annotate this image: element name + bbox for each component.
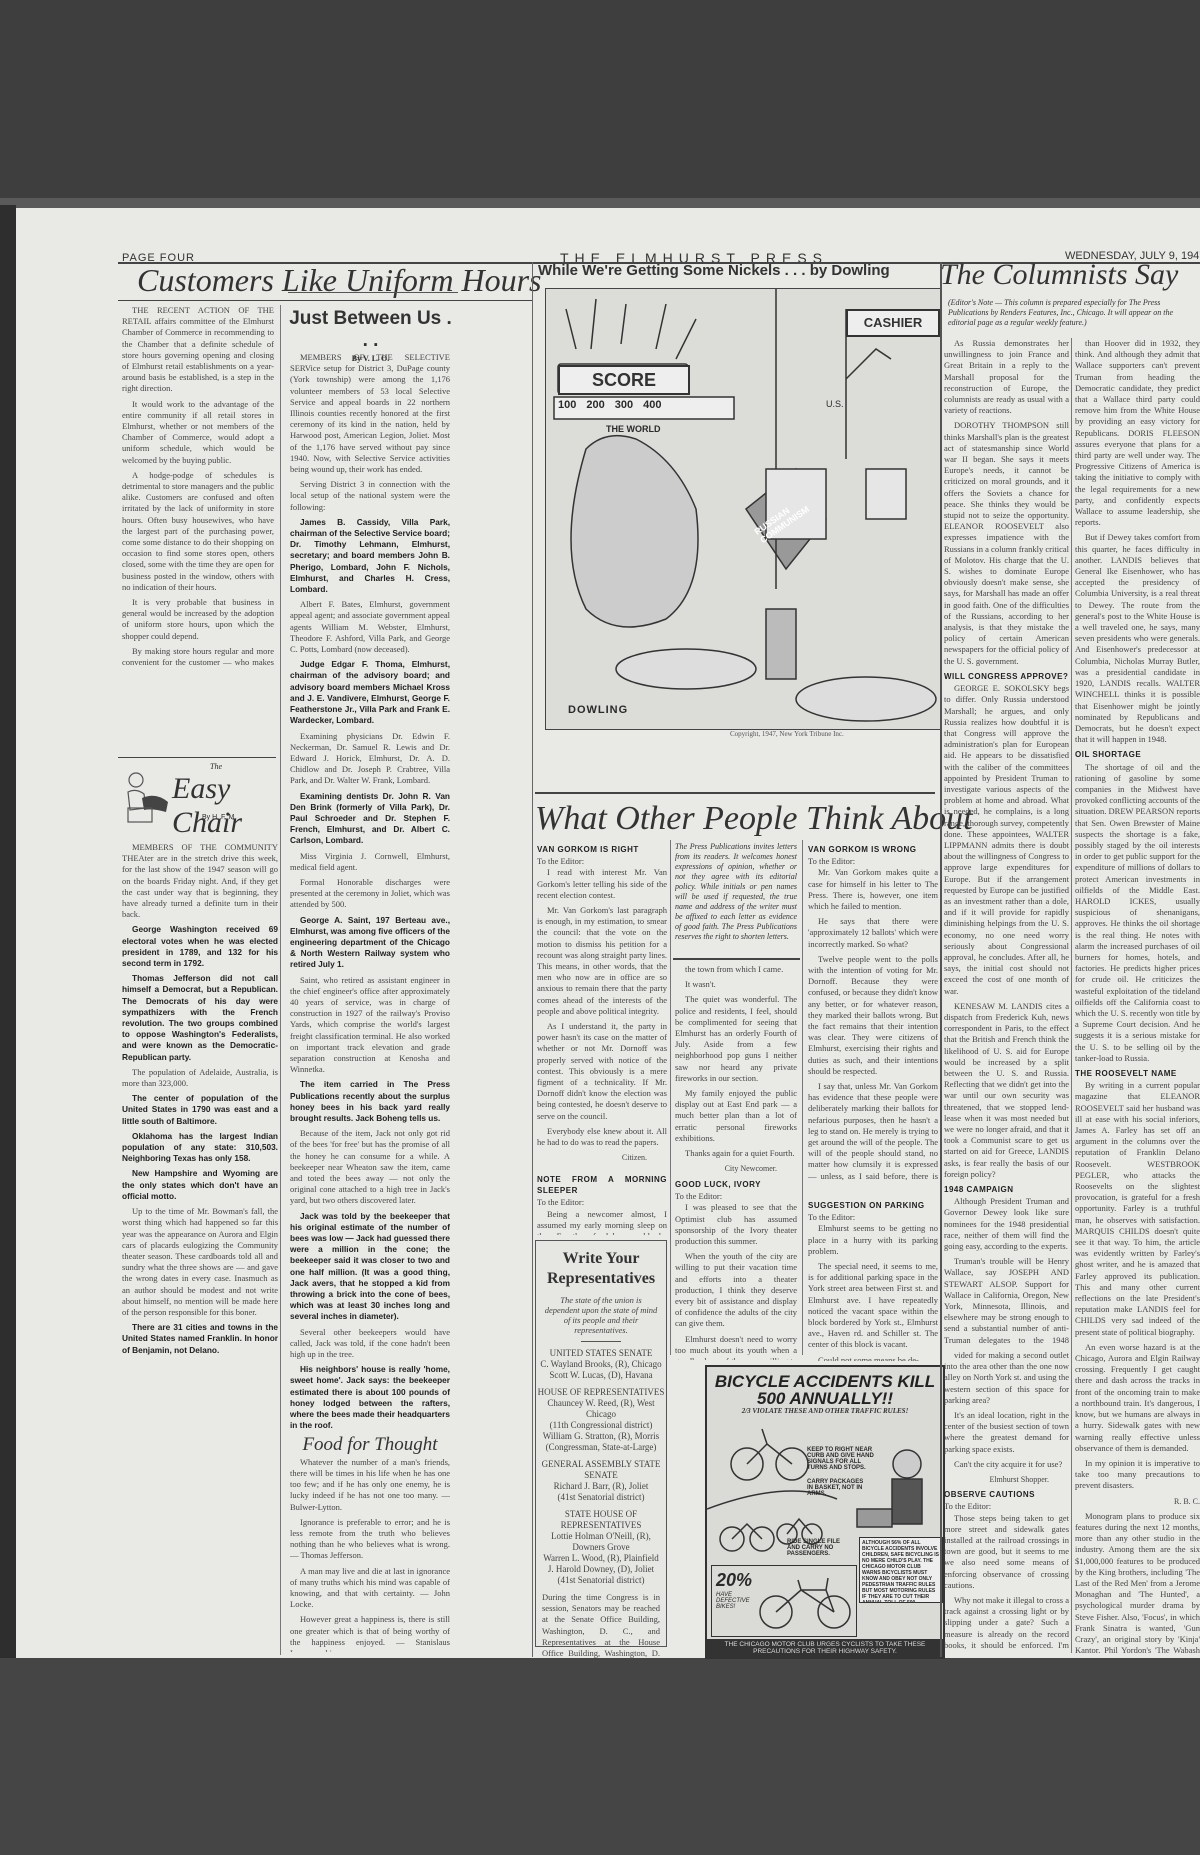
ad-footer: THE CHICAGO MOTOR CLUB URGES CYCLISTS TO… — [707, 1639, 943, 1657]
rep-group: GENERAL ASSEMBLY STATE SENATE Richard J.… — [536, 1459, 666, 1503]
food-for-thought-title: Food for Thought — [290, 1439, 450, 1450]
letter-paragraph: He says that there were 'approximately 1… — [808, 916, 938, 950]
jbu-paragraph: Because of the item, Jack not only got r… — [290, 1128, 450, 1206]
letter-paragraph: Could not some means be de- — [808, 1355, 938, 1361]
letter-salutation: To the Editor: — [808, 856, 938, 867]
letters-editors-note: The Press Publications invites letters f… — [675, 842, 797, 954]
easy-chair-bold-fact: The center of population of the United S… — [122, 1093, 278, 1127]
rep-member: (Congressman, State-at-Large) — [536, 1442, 666, 1453]
columnist-subhead: WILL CONGRESS APPROVE? — [944, 671, 1069, 682]
columnist-signature: R. B. C. — [1075, 1496, 1200, 1507]
jbu-paragraph: Serving District 3 in connection with th… — [290, 479, 450, 513]
columnist-paragraph: In my opinion it is imperative to take t… — [1075, 1458, 1200, 1492]
editorial-paragraph: It is very probable that business in gen… — [122, 597, 274, 642]
letter-headline: GOOD LUCK, IVORY — [675, 1179, 797, 1190]
easy-chair-bold-fact: New Hampshire and Wyoming are the only s… — [122, 1168, 278, 1202]
columnist-paragraph: Truman's trouble will be Henry Wallace, … — [944, 1256, 1069, 1348]
jbu-bold-paragraph: James B. Cassidy, Villa Park, chairman o… — [290, 517, 450, 595]
cartoon-illustration — [546, 289, 941, 729]
rep-member: (41st Senatorial district) — [536, 1575, 666, 1586]
easy-chair-title: Easy Chair — [172, 772, 278, 837]
letter-paragraph: Mr. Van Gorkom's last paragraph is enoug… — [537, 905, 667, 1017]
letter-paragraph: Elmhurst doesn't need to worry too much … — [675, 1334, 797, 1360]
letter-salutation: To the Editor: — [537, 856, 667, 867]
easy-chair-paragraph: Up to the time of Mr. Bowman's fall, the… — [122, 1206, 278, 1318]
rep-member: Chauncey W. Reed, (R), West Chicago — [536, 1398, 666, 1420]
rep-member: C. Wayland Brooks, (R), Chicago — [536, 1359, 666, 1370]
column-rule — [802, 840, 803, 1355]
bicycle-diagram-icon — [756, 1572, 856, 1632]
columnist-paragraph: GEORGE E. SOKOLSKY begs to differ. Only … — [944, 683, 1069, 997]
jbu-bold-paragraph: The item carried in The Press Publicatio… — [290, 1079, 450, 1124]
letter-salutation: To the Editor: — [537, 1197, 667, 1208]
ad-headline: BICYCLE ACCIDENTS KILL 500 ANNUALLY!! — [707, 1373, 943, 1407]
cartoonist-signature: DOWLING — [568, 704, 628, 716]
letter-paragraph: Mr. Van Gorkom makes quite a case for hi… — [808, 867, 938, 912]
columnists-column-2: than Hoover did in 1932, they think. And… — [1075, 338, 1200, 1653]
editorial-cartoon: SCORE 100 200 300 400 CASHIER THE WORLD … — [545, 288, 942, 730]
letter-headline: SUGGESTION ON PARKING — [808, 1200, 938, 1211]
ad-statistic: ALTHOUGH 56% OF ALL BICYCLE ACCIDENTS IN… — [859, 1537, 943, 1603]
columnist-paragraph: DOROTHY THOMPSON still thinks Marshall's… — [944, 420, 1069, 666]
letter-paragraph: When the youth of the city are willing t… — [675, 1251, 797, 1329]
letter-city-newcomer: the town from which I came. It wasn't. T… — [675, 964, 797, 1174]
columnist-paragraph: But if Dewey takes comfort from this qua… — [1075, 532, 1200, 745]
scanner-background-bottom — [0, 1658, 1200, 1855]
score-denominations: 100 200 300 400 — [558, 399, 661, 411]
columnist-paragraph: By writing in a current popular magazine… — [1075, 1080, 1200, 1338]
columnist-subhead: OIL SHORTAGE — [1075, 749, 1200, 760]
jbu-box-top — [288, 292, 458, 294]
letter-signature: Elmhurst Shopper. — [944, 1474, 1049, 1485]
letter-paragraph: the town from which I came. — [675, 964, 797, 975]
food-quote: Whatever the number of a man's friends, … — [290, 1457, 450, 1513]
rep-group: HOUSE OF REPRESENTATIVES Chauncey W. Ree… — [536, 1387, 666, 1453]
ad-tip: CARRY PACKAGES IN BASKET, NOT IN ARMS. — [807, 1479, 867, 1497]
armchair-reader-icon — [122, 768, 172, 828]
letter-signature: Citizen. — [537, 1152, 647, 1163]
letter-salutation: To the Editor: — [675, 1191, 797, 1202]
column-rule — [670, 840, 671, 1355]
letter-headline: NOTE FROM A MORNING SLEEPER — [537, 1174, 667, 1196]
editorial-paragraph: THE RECENT ACTION OF THE RETAIL affairs … — [122, 305, 274, 395]
rep-member: J. Harold Downey, (D), Joliet — [536, 1564, 666, 1575]
rep-member: William G. Stratton, (R), Morris — [536, 1431, 666, 1442]
write-representatives-footer: During the time Congress is in session, … — [542, 1592, 660, 1670]
letters-section-title: What Other People Think About — [535, 800, 973, 838]
letter-paragraph: vided for making a second outlet into th… — [944, 1350, 1069, 1406]
letter-salutation: To the Editor: — [808, 1212, 938, 1223]
editorial-paragraph: It would work to the advantage of the en… — [122, 399, 274, 466]
jbu-paragraph: Saint, who retired as assistant engineer… — [290, 975, 450, 1076]
denomination: 400 — [643, 399, 661, 411]
easy-chair-bold-fact: Oklahoma has the largest Indian populati… — [122, 1131, 278, 1165]
letter-paragraph: Twelve people went to the polls with the… — [808, 954, 938, 1077]
defect-percent: 20% — [716, 1570, 752, 1591]
editorial-paragraph: By making store hours regular and more c… — [122, 646, 274, 665]
jbu-bold-paragraph: Examining dentists Dr. John R. Van Den B… — [290, 791, 450, 847]
easy-chair-header: The Easy Chair By H. F. M. — [122, 762, 278, 837]
columnist-paragraph: than Hoover did in 1932, they think. And… — [1075, 338, 1200, 528]
letter-paragraph: It wasn't. — [675, 979, 797, 990]
scanner-background-top — [0, 0, 1200, 205]
letter-paragraph: As I understand it, the party in power h… — [537, 1021, 667, 1122]
rep-group: UNITED STATES SENATE C. Wayland Brooks, … — [536, 1348, 666, 1381]
column-rule — [1071, 338, 1072, 1653]
jbu-bold-paragraph: Jack was told by the beekeeper that his … — [290, 1211, 450, 1323]
column-rule — [940, 262, 942, 1657]
editorial-column: THE RECENT ACTION OF THE RETAIL affairs … — [122, 305, 274, 665]
rep-group-heading: GENERAL ASSEMBLY STATE SENATE — [536, 1459, 666, 1481]
columnist-paragraph: As Russia demonstrates her unwillingness… — [944, 338, 1069, 416]
jbu-paragraph: Formal Honorable discharges were present… — [290, 877, 450, 911]
letter-paragraph: It's an ideal location, right in the cen… — [944, 1410, 1069, 1455]
letter-paragraph: Those steps being taken to get more stre… — [944, 1513, 1069, 1591]
easy-chair-bold-fact: There are 31 cities and towns in the Uni… — [122, 1322, 278, 1356]
jbu-bold-paragraph: Judge Edgar F. Thoma, Elmhurst, chairman… — [290, 659, 450, 726]
rep-member: Lottie Holman O'Neill, (R), Downers Grov… — [536, 1531, 666, 1553]
cartoon-credit: Copyright, 1947, New York Tribune Inc. — [730, 730, 844, 738]
rep-member: (11th Congressional district) — [536, 1420, 666, 1431]
letter-headline: VAN GORKOM IS WRONG — [808, 844, 938, 855]
letter-good-luck-ivory: GOOD LUCK, IVORY To the Editor: I was pl… — [675, 1175, 797, 1360]
columnist-paragraph: An even worse hazard is at the Chicago, … — [1075, 1342, 1200, 1454]
columnist-paragraph: Monogram plans to produce six features d… — [1075, 1511, 1200, 1653]
jbu-paragraph: Several other beekeepers would have call… — [290, 1327, 450, 1361]
rep-member: (41st Senatorial district) — [536, 1492, 666, 1503]
us-label: U.S. — [826, 399, 844, 409]
ad-tip: KEEP TO RIGHT NEAR CURB AND GIVE HAND SI… — [807, 1447, 877, 1471]
rep-group-heading: UNITED STATES SENATE — [536, 1348, 666, 1359]
letter-paragraph: The quiet was wonderful. The police and … — [675, 994, 797, 1084]
rep-member: Richard J. Barr, (R), Joliet — [536, 1481, 666, 1492]
editorial-paragraph: A hodge-podge of schedules is detrimenta… — [122, 470, 274, 593]
columnist-paragraph: KENESAW M. LANDIS cites a dispatch from … — [944, 1001, 1069, 1180]
columnist-subhead: THE ROOSEVELT NAME — [1075, 1068, 1200, 1079]
bicycle-safety-ad: BICYCLE ACCIDENTS KILL 500 ANNUALLY!! 2/… — [705, 1365, 945, 1659]
columnist-paragraph: The shortage of oil and the rationing of… — [1075, 762, 1200, 1064]
jbu-paragraph: Albert F. Bates, Elmhurst, government ap… — [290, 599, 450, 655]
columnists-title: The Columnists Say — [940, 258, 1178, 292]
letter-morning-sleeper: NOTE FROM A MORNING SLEEPER To the Edito… — [537, 1170, 667, 1235]
easy-chair-byline: By H. F. M. — [202, 814, 236, 821]
column-rule — [280, 305, 281, 1655]
rep-group-heading: HOUSE OF REPRESENTATIVES — [536, 1387, 666, 1398]
letter-van-gorkom-wrong: VAN GORKOM IS WRONG To the Editor: Mr. V… — [808, 840, 938, 1180]
defect-caption: HAVE DEFECTIVE BIKES! — [716, 1592, 756, 1610]
easy-chair-the: The — [210, 762, 222, 771]
rep-group: STATE HOUSE OF REPRESENTATIVES Lottie Ho… — [536, 1509, 666, 1586]
just-between-us-column: MEMBERS OF THE SELECTIVE SERVice setup f… — [290, 352, 450, 1652]
jbu-bold-paragraph: George A. Saint, 197 Berteau ave., Elmhu… — [290, 915, 450, 971]
letter-salutation: To the Editor: — [944, 1501, 1069, 1512]
letter-paragraph: Can't the city acquire it for use? — [944, 1459, 1069, 1470]
letter-paragraph: The special need, it seems to me, is for… — [808, 1261, 938, 1351]
letter-paragraph: Why not make it illegal to cross a track… — [944, 1595, 1069, 1650]
rep-member: Warren L. Wood, (R), Plainfield — [536, 1553, 666, 1564]
denomination: 200 — [586, 399, 604, 411]
note-rule — [673, 958, 800, 960]
denomination: 300 — [615, 399, 633, 411]
columnists-editors-note: (Editor's Note — This column is prepared… — [948, 298, 1198, 332]
column-rule — [532, 262, 533, 1657]
score-sign: SCORE — [558, 365, 690, 395]
ad-tip: RIDE SINGLE FILE AND CARRY NO PASSENGERS… — [787, 1539, 847, 1557]
columnists-column-1: As Russia demonstrates her unwillingness… — [944, 338, 1069, 1348]
letter-observe-cautions: vided for making a second outlet into th… — [944, 1350, 1069, 1650]
letter-paragraph: I say that, unless Mr. Van Gorkom has ev… — [808, 1081, 938, 1180]
write-representatives-box: Write Your Representatives The state of … — [535, 1240, 667, 1647]
letter-headline: OBSERVE CAUTIONS — [944, 1489, 1069, 1500]
columnist-paragraph: Although President Truman and Governor D… — [944, 1196, 1069, 1252]
letter-headline: VAN GORKOM IS RIGHT — [537, 844, 667, 855]
easy-chair-bold-fact: George Washington received 69 electoral … — [122, 924, 278, 969]
letter-paragraph: Elmhurst seems to be getting no place in… — [808, 1223, 938, 1257]
jbu-paragraph: Miss Virginia J. Cornwell, Elmhurst, med… — [290, 851, 450, 873]
jbu-paragraph: Examining physicians Dr. Edwin F. Necker… — [290, 731, 450, 787]
easy-chair-paragraph: The population of Adelaide, Australia, i… — [122, 1067, 278, 1089]
food-quote: A man may live and die at last in ignora… — [290, 1566, 450, 1611]
letter-paragraph: I was pleased to see that the Optimist c… — [675, 1202, 797, 1247]
rep-member: Scott W. Lucas, (D), Havana — [536, 1370, 666, 1381]
letters-rule — [535, 792, 935, 794]
letter-paragraph: My family enjoyed the public display out… — [675, 1088, 797, 1144]
letter-parking: SUGGESTION ON PARKING To the Editor: Elm… — [808, 1196, 938, 1361]
divider — [581, 1341, 621, 1342]
write-representatives-subtitle: The state of the union is dependent upon… — [544, 1295, 658, 1335]
jbu-bold-paragraph: His neighbors' house is really 'home, sw… — [290, 1364, 450, 1431]
letter-paragraph: I read with interest Mr. Van Gorkom's le… — [537, 867, 667, 901]
rep-group-heading: STATE HOUSE OF REPRESENTATIVES — [536, 1509, 666, 1531]
jbu-paragraph: MEMBERS OF THE SELECTIVE SERVice setup f… — [290, 352, 450, 475]
just-between-us-title: Just Between Us . . . — [288, 308, 453, 352]
letter-paragraph: Being a newcomer almost, I assumed my ea… — [537, 1209, 667, 1235]
easy-chair-column: MEMBERS OF THE COMMUNITY THEA­ter are in… — [122, 842, 278, 1652]
defective-bike-panel: 20% HAVE DEFECTIVE BIKES! — [711, 1565, 857, 1637]
letter-van-gorkom-right: VAN GORKOM IS RIGHT To the Editor: I rea… — [537, 840, 667, 1170]
letter-paragraph: Everybody else knew about it. All he had… — [537, 1126, 667, 1148]
denomination: 100 — [558, 399, 576, 411]
food-quote: Ignorance is preferable to error; and he… — [290, 1517, 450, 1562]
easy-chair-rule — [118, 757, 276, 758]
write-representatives-title: Write Your Representatives — [536, 1249, 666, 1289]
food-quote: However great a happiness is, there is s… — [290, 1614, 450, 1652]
cartoon-title: While We're Getting Some Nickels . . . b… — [538, 262, 890, 279]
easy-chair-paragraph: MEMBERS OF THE COMMUNITY THEA­ter are in… — [122, 842, 278, 920]
letter-paragraph: Thanks again for a quiet Fourth. — [675, 1148, 797, 1159]
easy-chair-bold-fact: Thomas Jefferson did not call himself a … — [122, 973, 278, 1063]
columnist-subhead: 1948 CAMPAIGN — [944, 1184, 1069, 1195]
cashier-sign: CASHIER — [846, 309, 940, 337]
world-label: THE WORLD — [606, 424, 661, 434]
letter-signature: City Newcomer. — [675, 1163, 777, 1174]
binding-edge — [0, 205, 16, 1855]
